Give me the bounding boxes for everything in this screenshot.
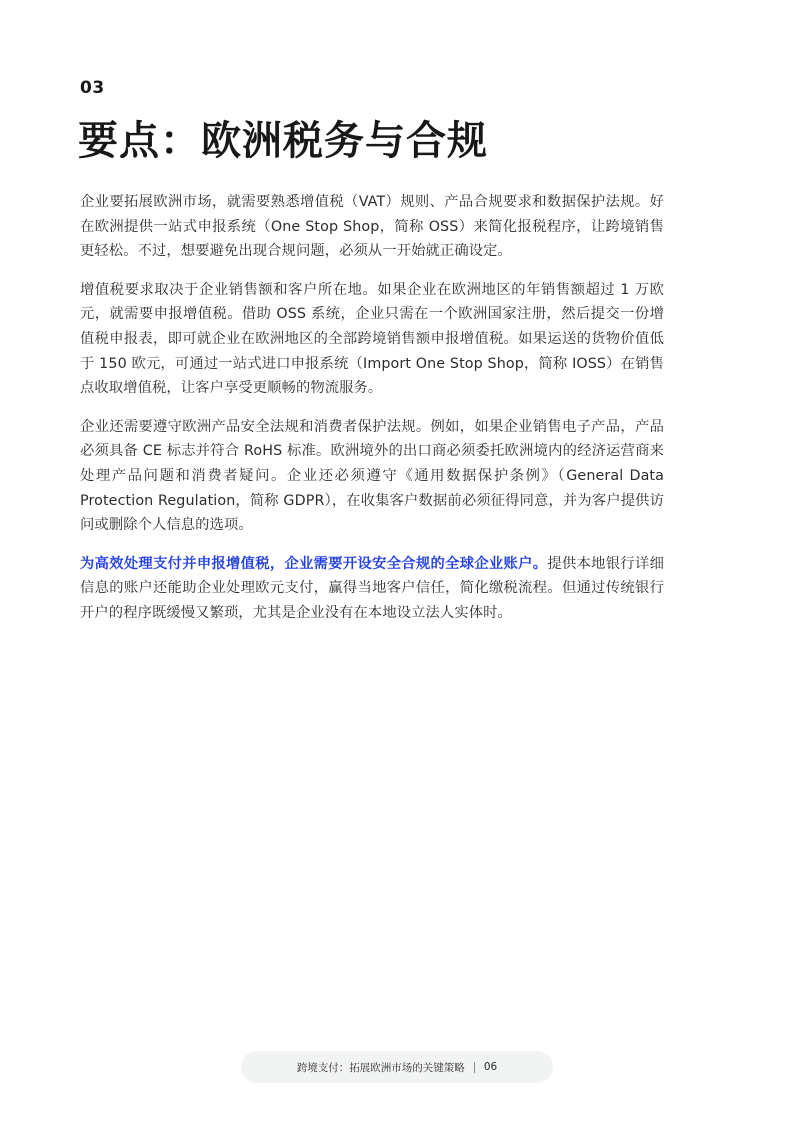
footer-page-number: 06 bbox=[484, 1061, 497, 1073]
section-number: 03 bbox=[80, 78, 105, 98]
paragraph-vat-requirements: 增值税要求取决于企业销售额和客户所在地。如果企业在欧洲地区的年销售额超过 1 万… bbox=[80, 278, 664, 401]
page-footer: 跨境支付：拓展欧洲市场的关键策略 06 bbox=[241, 1051, 553, 1083]
paragraph-vat-intro: 企业要拓展欧洲市场，就需要熟悉增值税（VAT）规则、产品合规要求和数据保护法规。… bbox=[80, 190, 664, 264]
footer-document-title: 跨境支付：拓展欧洲市场的关键策略 bbox=[297, 1060, 465, 1075]
page-title: 要点：欧洲税务与合规 bbox=[78, 112, 488, 170]
paragraph-product-compliance: 企业还需要遵守欧洲产品安全法规和消费者保护法规。例如，如果企业销售电子产品，产品… bbox=[80, 415, 664, 538]
paragraph-global-account: 为高效处理支付并申报增值税，企业需要开设安全合规的全球企业账户。提供本地银行详细… bbox=[80, 552, 664, 626]
highlighted-statement: 为高效处理支付并申报增值税，企业需要开设安全合规的全球企业账户。 bbox=[80, 556, 547, 572]
body-content: 企业要拓展欧洲市场，就需要熟悉增值税（VAT）规则、产品合规要求和数据保护法规。… bbox=[80, 190, 664, 640]
footer-divider bbox=[474, 1062, 475, 1073]
